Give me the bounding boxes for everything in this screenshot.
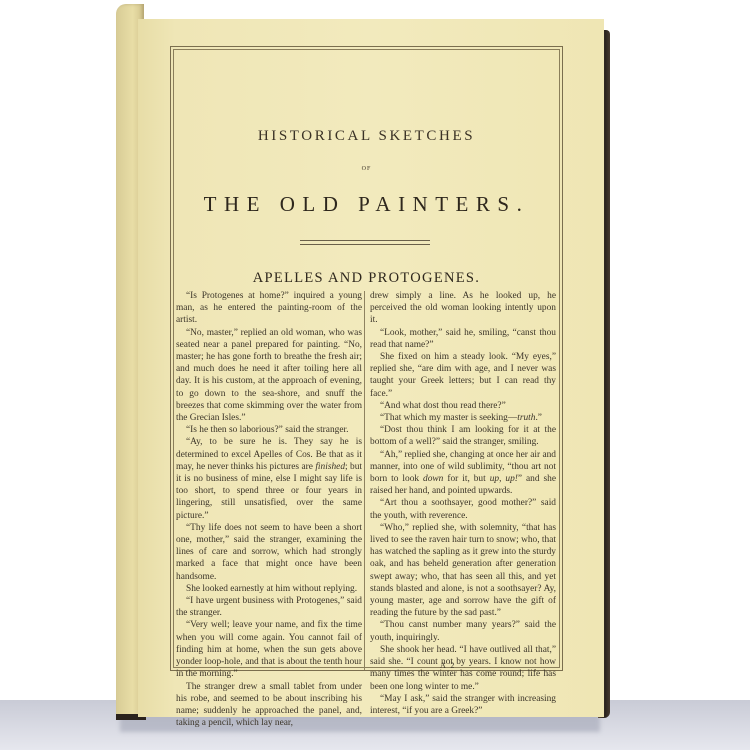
paragraph: “Look, mother,” said he, smiling, “canst… [370, 327, 556, 351]
paragraph: “Ay, to be sure he is. They say he is de… [176, 436, 362, 521]
signature-mark: A 2 [440, 661, 456, 670]
paragraph: “That which my master is seeking—truth.” [370, 412, 556, 424]
paragraph: “Ah,” replied she, changing at once her … [370, 449, 556, 498]
paragraph: “No, master,” replied an old woman, who … [176, 327, 362, 425]
column-divider [364, 291, 365, 670]
paragraph: “Thy life does not seem to have been a s… [176, 522, 362, 583]
paragraph: drew simply a line. As he looked up, he … [370, 290, 556, 327]
paragraph: She fixed on him a steady look. “My eyes… [370, 351, 556, 400]
title-of: OF [173, 166, 560, 172]
paragraph: “Who,” replied she, with solemnity, “tha… [370, 522, 556, 620]
paragraph: “And what dost thou read there?” [370, 400, 556, 412]
paragraph: “Thou canst number many years?” said the… [370, 619, 556, 643]
title-line-1: HISTORICAL SKETCHES [173, 128, 560, 145]
paragraph: “Is he then so laborious?” said the stra… [176, 424, 362, 436]
paragraph: “May I ask,” said the stranger with incr… [370, 693, 556, 717]
paragraph: “I have urgent business with Protogenes,… [176, 595, 362, 619]
text-column-right: drew simply a line. As he looked up, he … [370, 290, 556, 717]
paragraph: She looked earnestly at him without repl… [176, 583, 362, 595]
double-rule-divider [300, 240, 430, 245]
paragraph: “Very well; leave your name, and fix the… [176, 619, 362, 680]
paragraph: “Art thou a soothsayer, good mother?” sa… [370, 497, 556, 521]
chapter-heading: APELLES AND PROTOGENES. [173, 270, 560, 287]
paragraph: She shook her head. “I have outlived all… [370, 644, 556, 693]
paragraph: The stranger drew a small tablet from un… [176, 681, 362, 730]
title-line-2: THE OLD PAINTERS. [173, 192, 560, 217]
paragraph: “Is Protogenes at home?” inquired a youn… [176, 290, 362, 327]
paragraph: “Dost thou think I am looking for it at … [370, 424, 556, 448]
text-column-left: “Is Protogenes at home?” inquired a youn… [176, 290, 362, 729]
